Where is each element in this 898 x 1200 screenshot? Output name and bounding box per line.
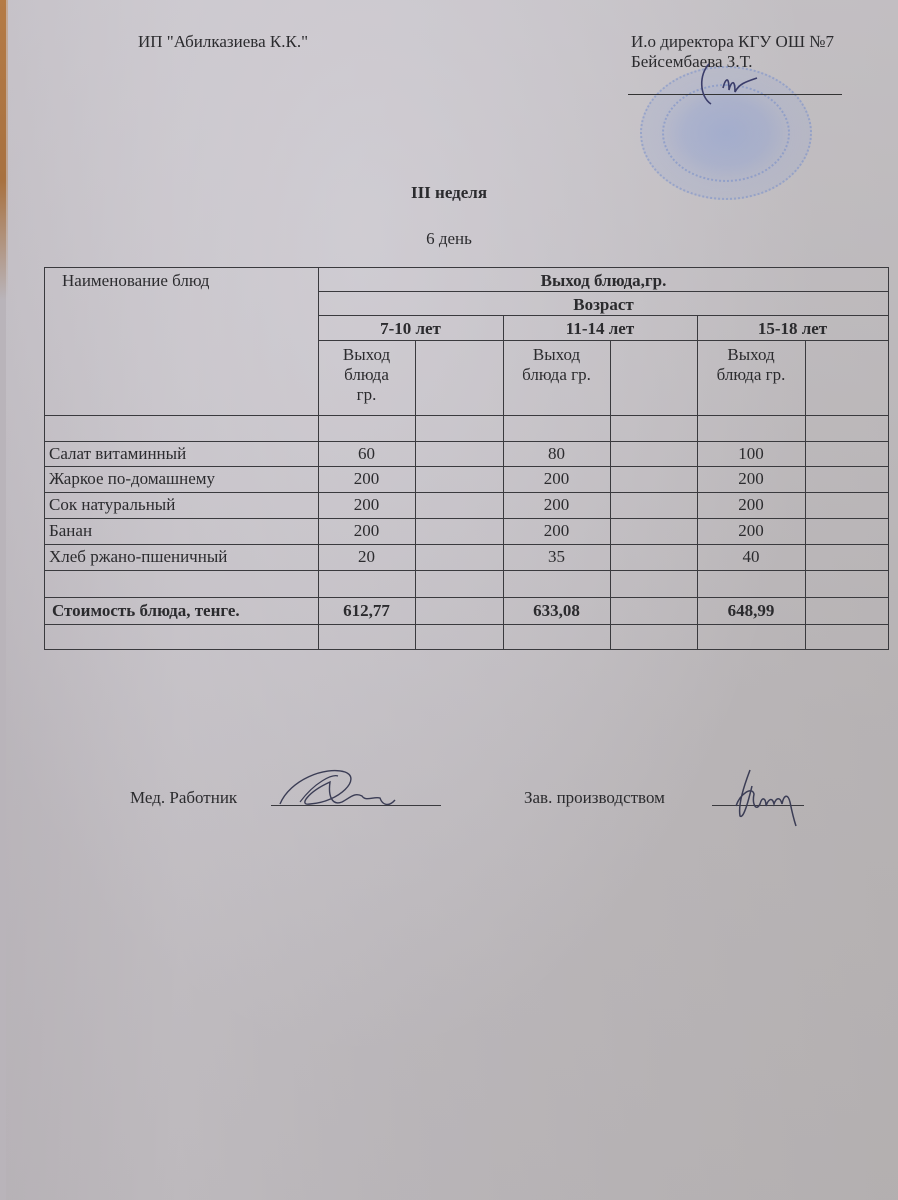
dish-yield-value: 200 [318, 495, 415, 515]
cost-value: 612,77 [318, 601, 415, 621]
cost-value: 648,99 [697, 601, 805, 621]
dish-yield-value: 200 [697, 521, 805, 541]
dish-yield-value: 80 [503, 444, 610, 464]
approver-title: И.о директора КГУ ОШ №7 [631, 32, 834, 52]
dish-yield-value: 40 [697, 547, 805, 567]
sub-header-7-10: Выход блюда гр. [318, 345, 415, 405]
sub-header-11-14: Выход блюда гр. [503, 345, 610, 385]
age-group-7-10: 7-10 лет [318, 319, 503, 339]
sub-header-15-18: Выход блюда гр. [697, 345, 805, 385]
dish-yield-value: 35 [503, 547, 610, 567]
dish-name: Банан [49, 521, 92, 541]
week-title: III неделя [0, 183, 898, 203]
dish-yield-value: 20 [318, 547, 415, 567]
column-header-yield: Выход блюда,гр. [318, 271, 889, 291]
dish-yield-value: 100 [697, 444, 805, 464]
dish-name: Салат витаминный [49, 444, 186, 464]
dish-yield-value: 200 [318, 469, 415, 489]
day-title: 6 день [0, 229, 898, 249]
supplier-name: ИП "Абилказиева К.К." [138, 32, 308, 52]
column-header-dish-name: Наименование блюд [62, 271, 209, 291]
production-head-signature [730, 764, 810, 832]
age-group-11-14: 11-14 лет [503, 319, 697, 339]
dish-name: Хлеб ржано-пшеничный [49, 547, 227, 567]
cost-row-label: Стоимость блюда, тенге. [52, 601, 240, 621]
dish-name: Жаркое по-домашнему [49, 469, 215, 489]
column-header-age: Возраст [318, 295, 889, 315]
dish-yield-value: 200 [318, 521, 415, 541]
med-worker-label: Мед. Работник [130, 788, 237, 808]
age-group-15-18: 15-18 лет [697, 319, 888, 339]
director-signature [695, 60, 765, 110]
dish-yield-value: 200 [697, 495, 805, 515]
dish-yield-value: 200 [503, 469, 610, 489]
dish-yield-value: 200 [503, 495, 610, 515]
med-worker-signature [270, 762, 420, 822]
dish-name: Сок натуральный [49, 495, 175, 515]
dish-yield-value: 200 [503, 521, 610, 541]
dish-yield-value: 60 [318, 444, 415, 464]
cost-value: 633,08 [503, 601, 610, 621]
dish-yield-value: 200 [697, 469, 805, 489]
production-head-label: Зав. производством [524, 788, 665, 808]
